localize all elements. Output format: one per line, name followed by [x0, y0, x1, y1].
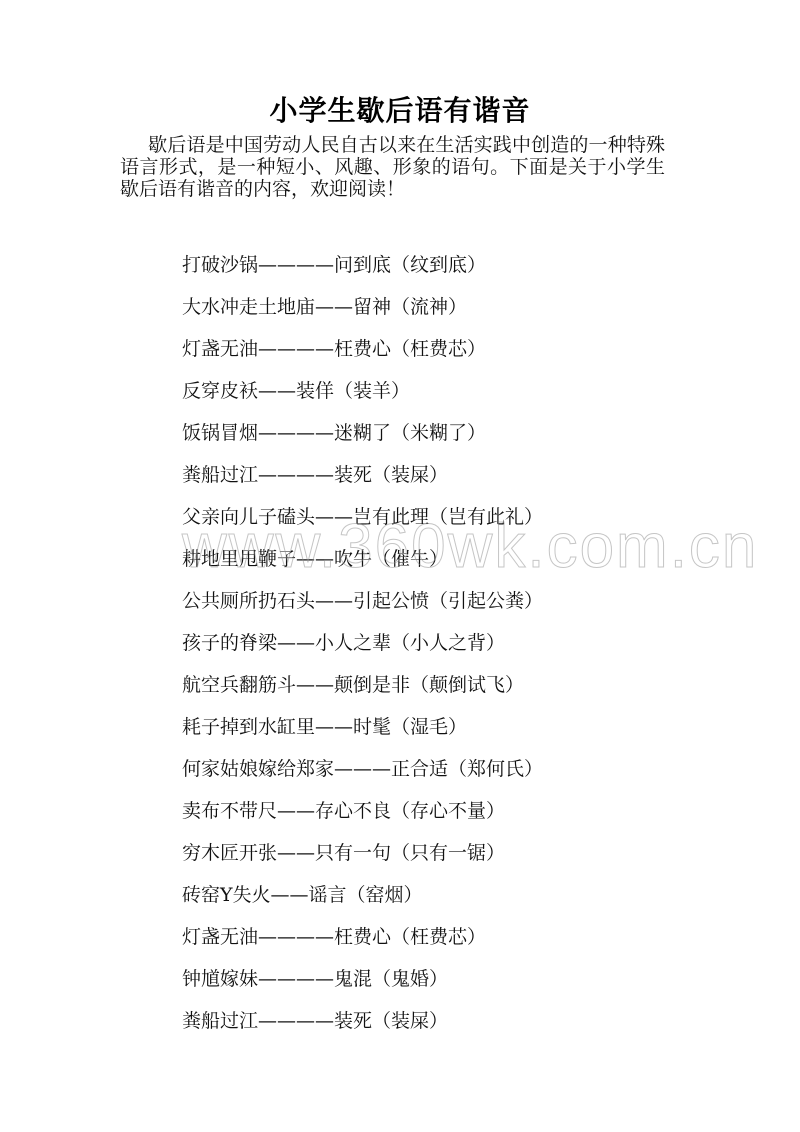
list-item: 孩子的脊梁——小人之辈（小人之背）: [182, 630, 662, 672]
intro-paragraph: 歇后语是中国劳动人民自古以来在生活实践中创造的一种特殊语言形式，是一种短小、风趣…: [120, 134, 665, 200]
document-page: 小学生歇后语有谐音 歇后语是中国劳动人民自古以来在生活实践中创造的一种特殊语言形…: [0, 0, 800, 1132]
list-item: 公共厕所扔石头——引起公愤（引起公粪）: [182, 588, 662, 630]
list-item: 打破沙锅————问到底（纹到底）: [182, 252, 662, 294]
document-title: 小学生歇后语有谐音: [0, 94, 800, 128]
intro-text: 歇后语是中国劳动人民自古以来在生活实践中创造的一种特殊语言形式，是一种短小、风趣…: [120, 134, 665, 200]
list-item: 卖布不带尺——存心不良（存心不量）: [182, 798, 662, 840]
list-item: 父亲向儿子磕头——岂有此理（岂有此礼）: [182, 504, 662, 546]
list-item: 航空兵翻筋斗——颠倒是非（颠倒试飞）: [182, 672, 662, 714]
list-item: 大水冲走土地庙——留神（流神）: [182, 294, 662, 336]
list-item: 穷木匠开张——只有一句（只有一锯）: [182, 840, 662, 882]
list-item: 反穿皮袄——装佯（装羊）: [182, 378, 662, 420]
list-item: 饭锅冒烟————迷糊了（米糊了）: [182, 420, 662, 462]
list-item: 灯盏无油————枉费心（枉费芯）: [182, 924, 662, 966]
list-item: 何家姑娘嫁给郑家———正合适（郑何氏）: [182, 756, 662, 798]
xiehouyu-list: 打破沙锅————问到底（纹到底） 大水冲走土地庙——留神（流神） 灯盏无油———…: [182, 252, 662, 1050]
list-item: 灯盏无油————枉费心（枉费芯）: [182, 336, 662, 378]
list-item: 耕地里甩鞭子——吹牛（催牛）: [182, 546, 662, 588]
list-item: 砖窑Y失火——谣言（窑烟）: [182, 882, 662, 924]
list-item: 钟馗嫁妹————鬼混（鬼婚）: [182, 966, 662, 1008]
list-item: 粪船过江————装死（装屎）: [182, 1008, 662, 1050]
list-item: 粪船过江————装死（装屎）: [182, 462, 662, 504]
list-item: 耗子掉到水缸里——时髦（湿毛）: [182, 714, 662, 756]
